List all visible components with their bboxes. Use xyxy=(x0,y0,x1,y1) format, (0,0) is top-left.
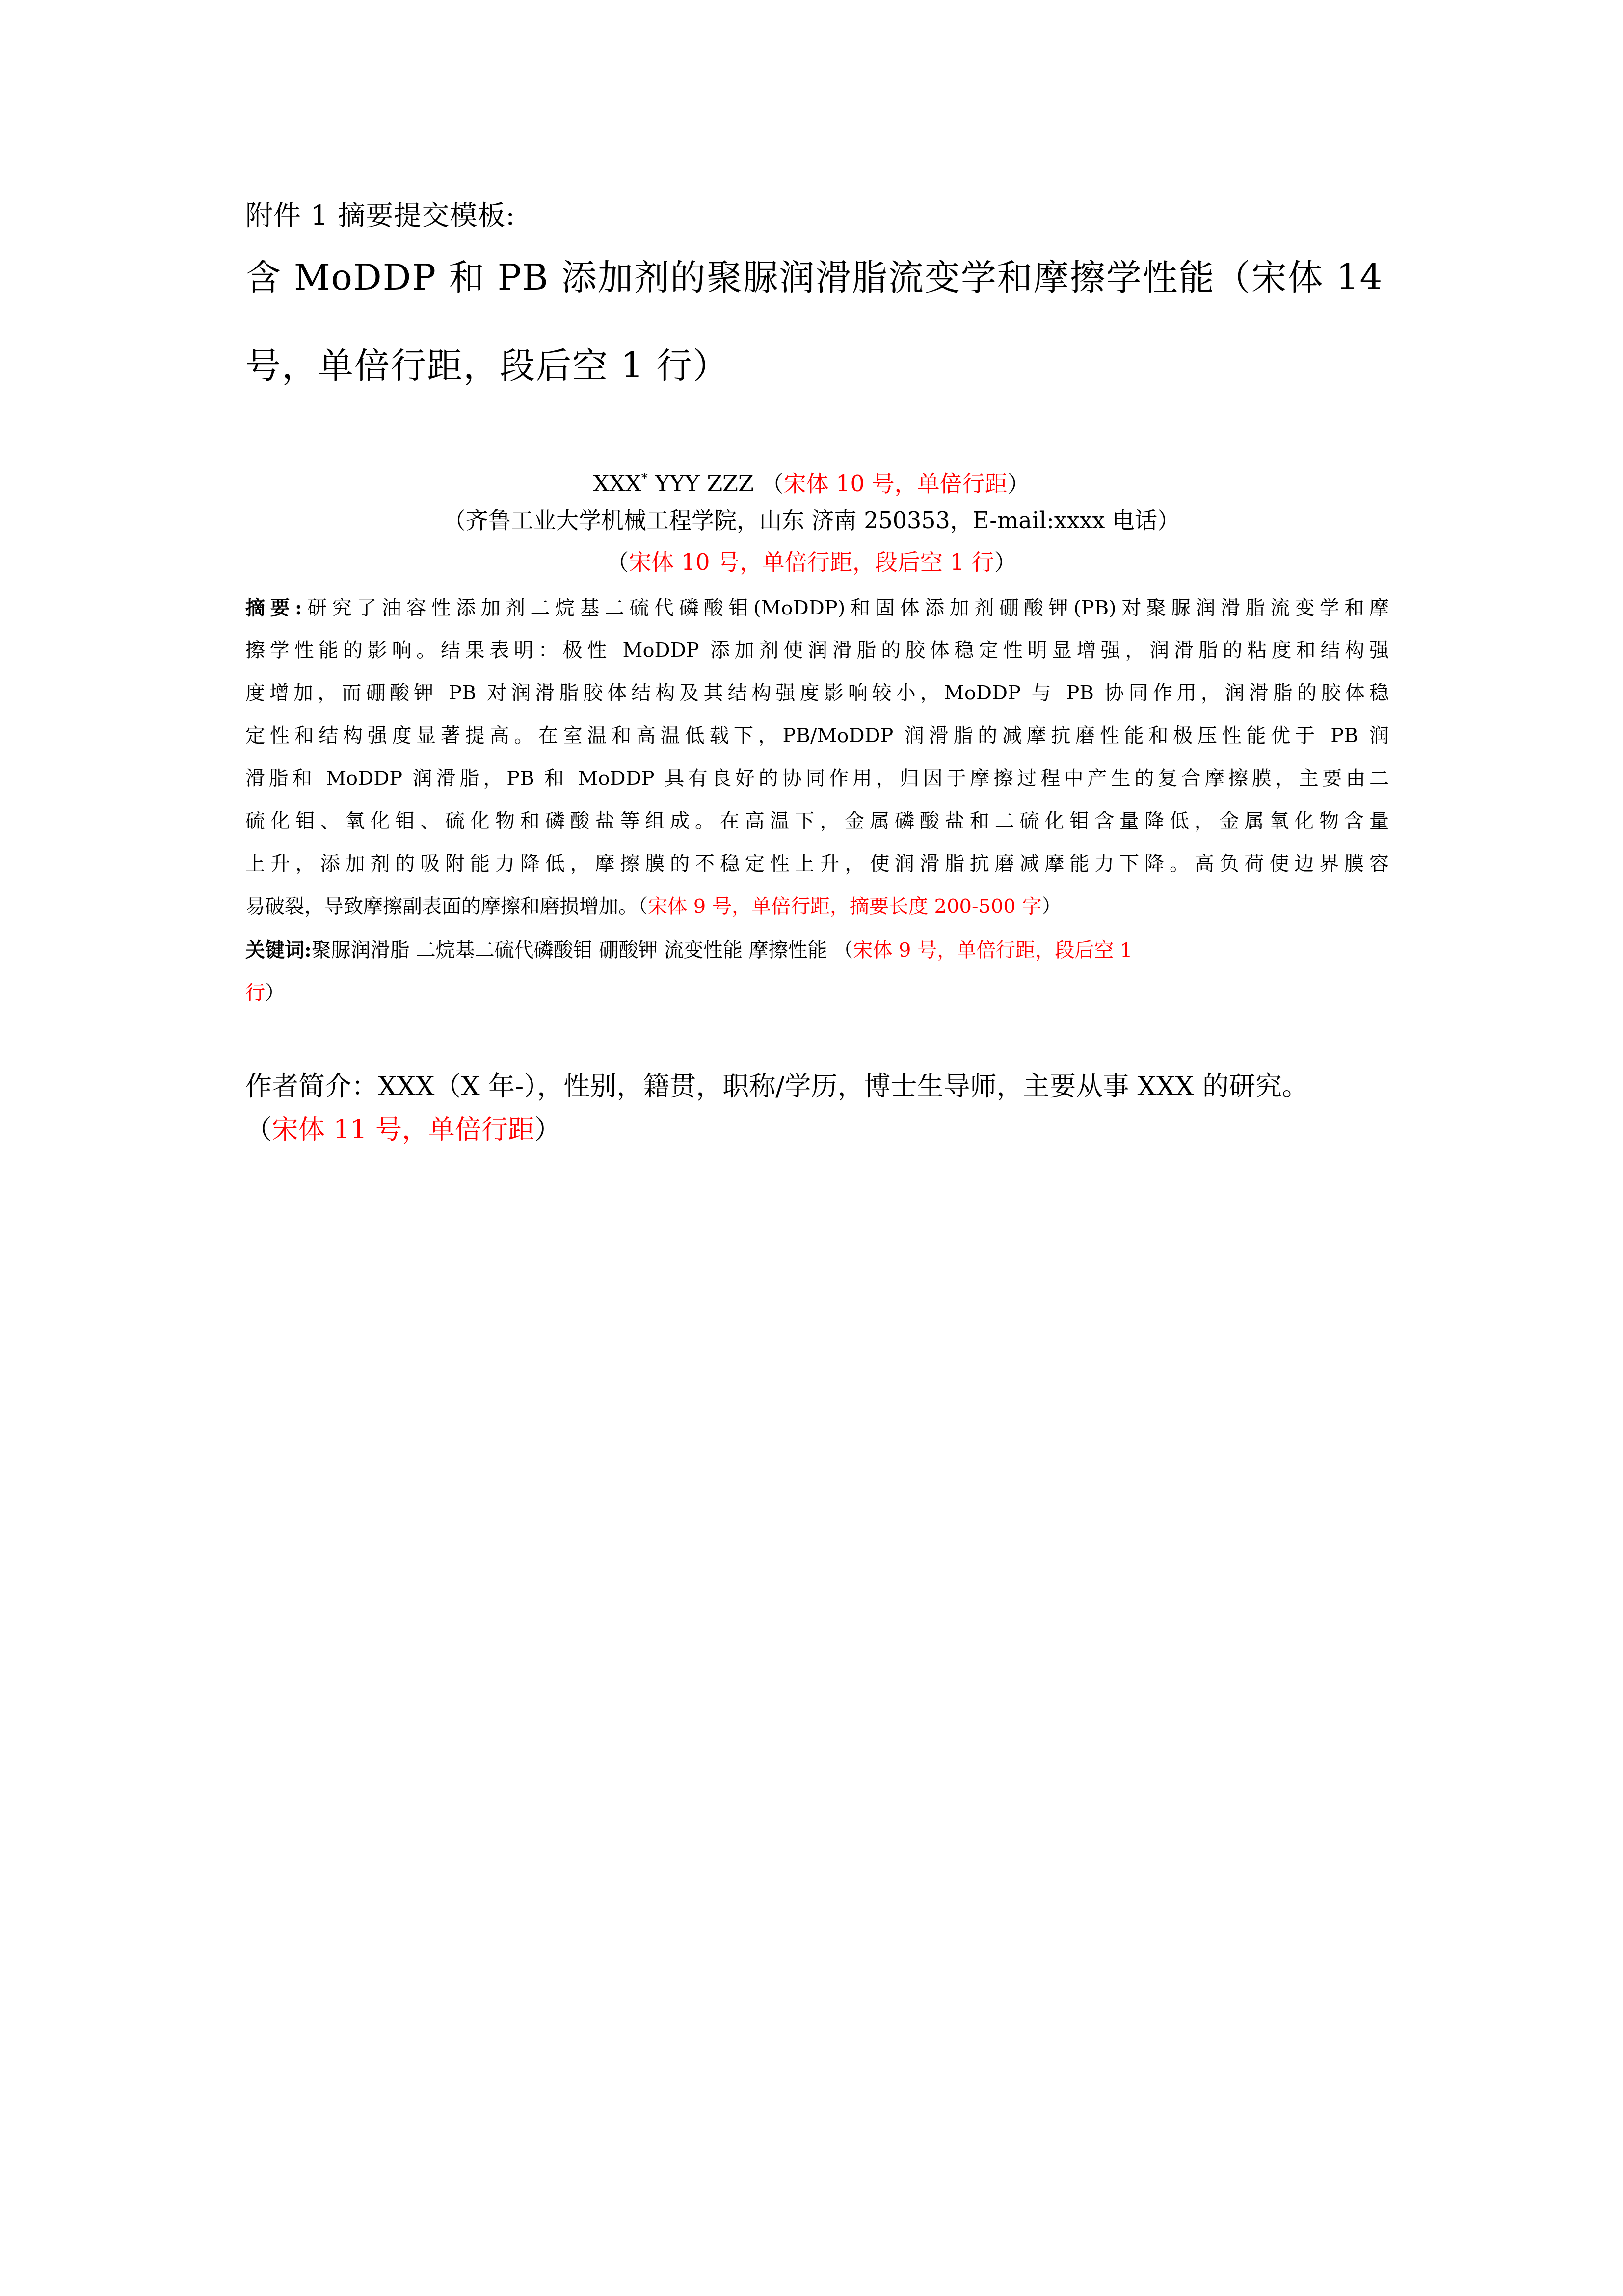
author-others: YYY ZZZ xyxy=(648,470,761,497)
document-page: 附件 1 摘要提交模板: 含 MoDDP 和 PB 添加剂的聚脲润滑脂流变学和摩… xyxy=(0,0,1623,2296)
format-paren-open: （ xyxy=(245,1114,272,1145)
format-paren-close: ） xyxy=(534,1114,561,1145)
abstract-text: 研究了油容性添加剂二烷基二硫代磷酸钼(MoDDP)和固体添加剂硼酸钾(PB)对聚… xyxy=(302,597,1389,619)
keywords-line-continued: 行） xyxy=(245,972,1132,1015)
keywords-block: 关键词:聚脲润滑脂 二烷基二硫代磷酸钼 硼酸钾 流变性能 摩擦性能 （宋体 9 … xyxy=(245,929,1132,1015)
paper-title-line-1: 含 MoDDP 和 PB 添加剂的聚脲润滑脂流变学和摩擦学性能（宋体 14 xyxy=(245,253,1383,302)
author-bio-format-line: （宋体 11 号，单倍行距） xyxy=(245,1108,1308,1151)
abstract-block: 摘要:研究了油容性添加剂二烷基二硫代磷酸钼(MoDDP)和固体添加剂硼酸钾(PB… xyxy=(245,587,1389,928)
author-format-note: 宋体 10 号，单倍行距 xyxy=(784,470,1008,497)
format-paren-open: （ xyxy=(606,549,629,575)
abstract-line: 硫化钼、氧化钼、硫化物和磷酸盐等组成。在高温下，金属磷酸盐和二硫化钼含量降低，金… xyxy=(245,800,1389,843)
annex-heading: 附件 1 摘要提交模板: xyxy=(245,196,515,236)
author-bio-format-note: 宋体 11 号，单倍行距 xyxy=(272,1114,534,1145)
author-first: XXX xyxy=(593,470,641,497)
abstract-line: 摘要:研究了油容性添加剂二烷基二硫代磷酸钼(MoDDP)和固体添加剂硼酸钾(PB… xyxy=(245,587,1389,629)
abstract-line: 擦学性能的影响。结果表明：极性 MoDDP 添加剂使润滑脂的胶体稳定性明显增强，… xyxy=(245,629,1389,672)
abstract-line: 度增加，而硼酸钾 PB 对润滑脂胶体结构及其结构强度影响较小，MoDDP 与 P… xyxy=(245,672,1389,715)
keywords-format-note: 宋体 9 号，单倍行距，段后空 1 xyxy=(853,939,1132,961)
abstract-line: 定性和结构强度显著提高。在室温和高温低载下，PB/MoDDP 润滑脂的减摩抗磨性… xyxy=(245,715,1389,757)
author-bio-block: 作者简介：XXX（X 年-），性别，籍贯，职称/学历，博士生导师，主要从事 XX… xyxy=(245,1065,1308,1151)
author-line: XXX* YYY ZZZ （宋体 10 号，单倍行距） xyxy=(0,461,1623,501)
keywords-format-note-cont: 行 xyxy=(245,982,265,1004)
format-paren-close: ） xyxy=(265,982,285,1004)
affiliation-format-note: 宋体 10 号，单倍行距，段后空 1 行 xyxy=(629,549,994,575)
format-paren-open: （ xyxy=(638,895,648,918)
abstract-line: 滑脂和 MoDDP 润滑脂，PB 和 MoDDP 具有良好的协同作用，归因于摩擦… xyxy=(245,757,1389,800)
affiliation-format-line: （宋体 10 号，单倍行距，段后空 1 行） xyxy=(0,545,1623,579)
abstract-text: 易破裂，导致摩擦副表面的摩擦和磨损增加。 xyxy=(245,895,638,918)
format-paren-close: ） xyxy=(994,549,1017,575)
keywords-text: 聚脲润滑脂 二烷基二硫代磷酸钼 硼酸钾 流变性能 摩擦性能 xyxy=(312,939,834,961)
abstract-line: 易破裂，导致摩擦副表面的摩擦和磨损增加。（宋体 9 号，单倍行距，摘要长度 20… xyxy=(245,885,1389,928)
format-paren-open: （ xyxy=(761,470,784,497)
abstract-label: 摘要: xyxy=(245,596,302,619)
format-paren-close: ） xyxy=(1042,895,1062,918)
abstract-line: 上升，添加剂的吸附能力降低，摩擦膜的不稳定性上升，使润滑脂抗磨减摩能力下降。高负… xyxy=(245,843,1389,885)
keywords-label: 关键词: xyxy=(245,938,312,961)
abstract-format-note: 宋体 9 号，单倍行距，摘要长度 200-500 字 xyxy=(648,895,1042,918)
author-bio-text: 作者简介：XXX（X 年-），性别，籍贯，职称/学历，博士生导师，主要从事 XX… xyxy=(245,1065,1308,1108)
format-paren-open: （ xyxy=(833,939,853,961)
paper-title-line-2: 号，单倍行距，段后空 1 行） xyxy=(245,341,729,390)
corresponding-author-mark: * xyxy=(641,471,648,486)
keywords-line: 关键词:聚脲润滑脂 二烷基二硫代磷酸钼 硼酸钾 流变性能 摩擦性能 （宋体 9 … xyxy=(245,929,1132,972)
affiliation-line: （齐鲁工业大学机械工程学院，山东 济南 250353，E-mail:xxxx 电… xyxy=(0,503,1623,537)
format-paren-close: ） xyxy=(1007,470,1030,497)
